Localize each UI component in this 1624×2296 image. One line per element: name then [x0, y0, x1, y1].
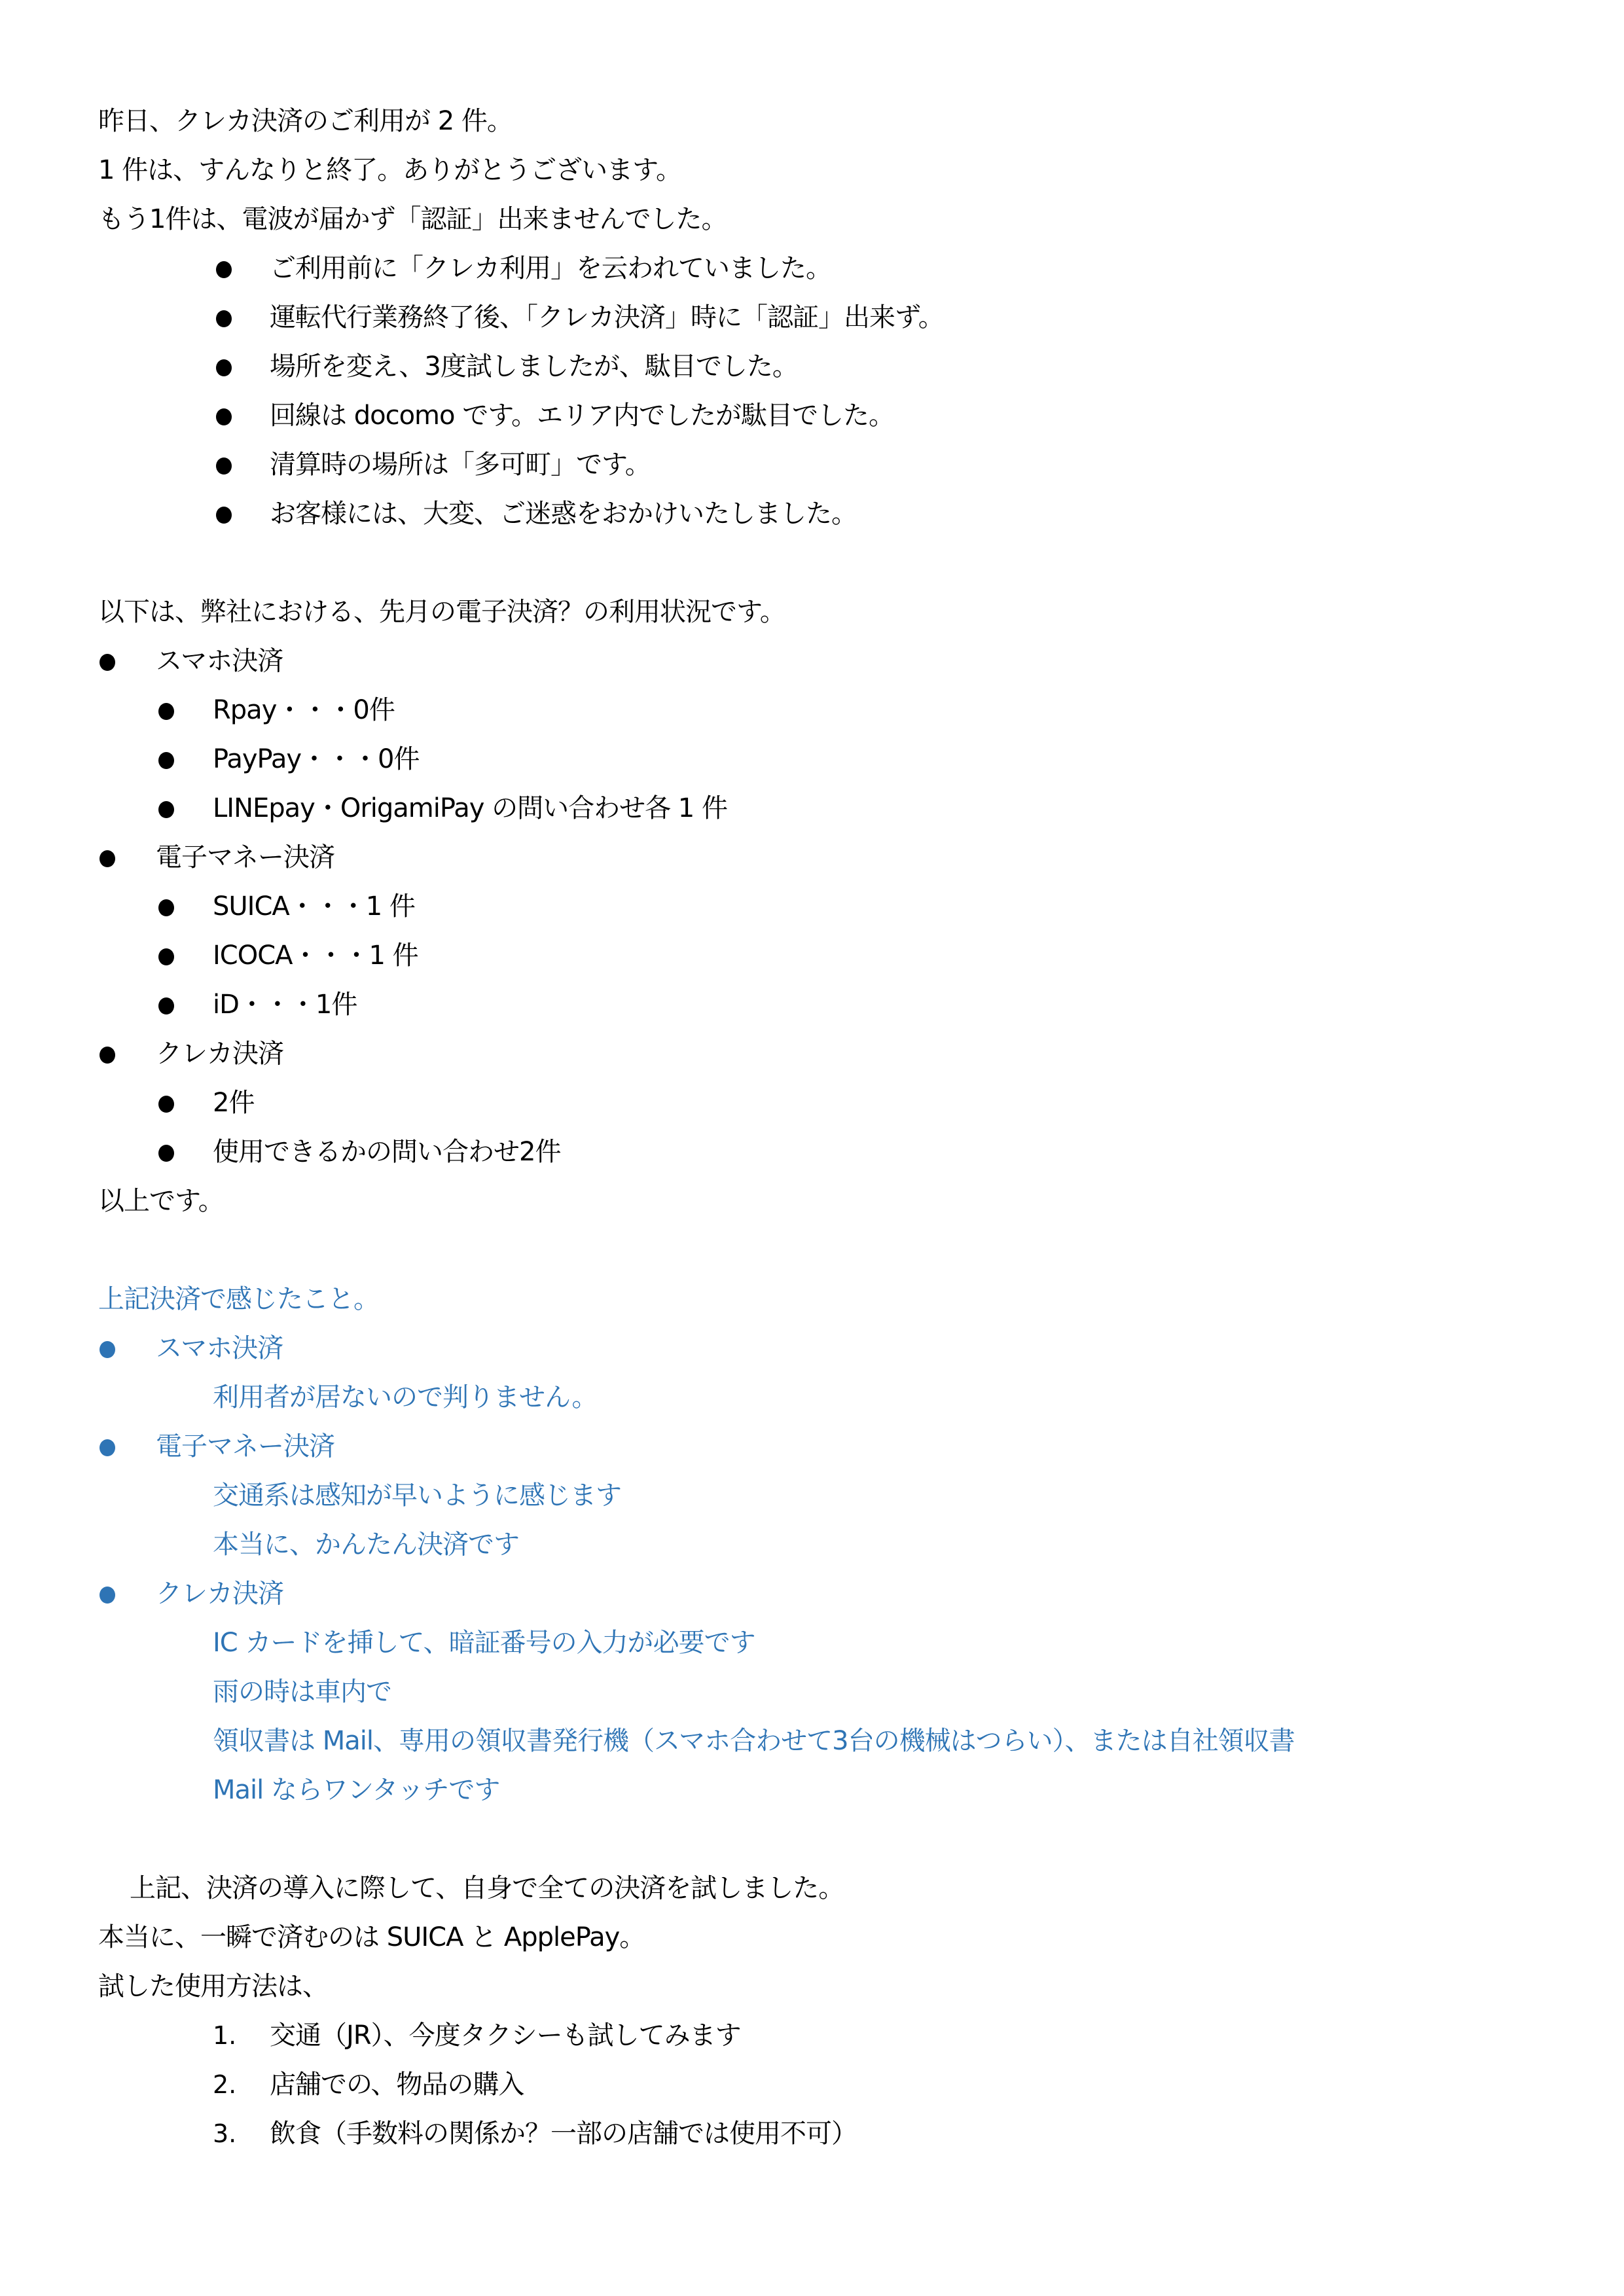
bullet-icon — [216, 310, 232, 327]
detail-item: ご利用前に「クレカ利用」を云われていました。 — [270, 252, 831, 285]
trial-line: 試した使用方法は、 — [98, 1970, 328, 2003]
detail-item: お客様には、大変、ご迷惑をおかけいたしました。 — [270, 497, 857, 530]
bullet-icon — [99, 654, 115, 671]
usage-item: PayPay・・・0件 — [213, 743, 419, 776]
usage-heading: 以下は、弊社における、先月の電子決済？の利用状況です。 — [98, 596, 785, 628]
impression-note: 領収書は Mail、専用の領収書発行機（スマホ合わせて3台の機械はつらい）、また… — [213, 1725, 1295, 1757]
bullet-icon — [99, 1047, 115, 1064]
bullet-icon — [216, 359, 232, 376]
method-item: 飲食（手数料の関係か？一部の店舗では使用不可） — [270, 2117, 857, 2150]
intro-line: 昨日、クレカ決済のご利用が 2 件。 — [98, 105, 513, 137]
usage-closing: 以上です。 — [98, 1185, 224, 1217]
list-number: 1. — [213, 2019, 236, 2052]
bullet-icon — [99, 1341, 115, 1358]
detail-item: 運転代行業務終了後、「クレカ決済」時に「認証」出来ず。 — [270, 301, 944, 334]
impression-category: クレカ決済 — [156, 1577, 283, 1610]
document-page: 昨日、クレカ決済のご利用が 2 件。 1 件は、すんなりと終了。ありがとうござい… — [0, 0, 1624, 2296]
impression-note: 交通系は感知が早いように感じます — [213, 1479, 621, 1512]
bullet-icon — [216, 507, 232, 524]
bullet-icon — [158, 899, 174, 916]
impression-category: スマホ決済 — [156, 1332, 283, 1365]
impression-note: 本当に、かんたん決済です — [213, 1528, 519, 1561]
list-number: 2. — [213, 2068, 236, 2101]
usage-item: Rpay・・・0件 — [213, 694, 395, 726]
bullet-icon — [158, 703, 174, 720]
bullet-icon — [216, 457, 232, 475]
intro-line: 1 件は、すんなりと終了。ありがとうございます。 — [98, 154, 681, 187]
usage-item: iD・・・1件 — [213, 988, 357, 1021]
bullet-icon — [99, 850, 115, 867]
intro-line: もう1件は、電波が届かず「認証」出来ませんでした。 — [98, 203, 727, 236]
list-number: 3. — [213, 2117, 236, 2150]
bullet-icon — [158, 948, 174, 965]
usage-item: 使用できるかの問い合わせ2件 — [213, 1136, 560, 1168]
trial-line: 本当に、一瞬で済むのは SUICA と ApplePay。 — [98, 1921, 645, 1954]
bullet-icon — [158, 997, 174, 1014]
usage-item: SUICA・・・1 件 — [213, 890, 415, 923]
usage-category: 電子マネー決済 — [156, 841, 334, 874]
impression-note: IC カードを挿して、暗証番号の入力が必要です — [213, 1626, 755, 1659]
impression-note: 雨の時は車内で — [213, 1676, 391, 1708]
usage-category: スマホ決済 — [156, 645, 283, 677]
bullet-icon — [216, 408, 232, 425]
usage-item: LINEpay・OrigamiPay の問い合わせ各 1 件 — [213, 792, 727, 825]
detail-item: 場所を変え、3度試しましたが、駄目でした。 — [270, 350, 798, 383]
trial-line: 上記、決済の導入に際して、自身で全ての決済を試しました。 — [130, 1872, 844, 1905]
usage-item: ICOCA・・・1 件 — [213, 939, 418, 972]
impressions-heading: 上記決済で感じたこと。 — [98, 1283, 379, 1316]
usage-category: クレカ決済 — [156, 1037, 283, 1070]
impression-note: Mail ならワンタッチです — [213, 1774, 499, 1806]
bullet-icon — [158, 801, 174, 818]
bullet-icon — [158, 1096, 174, 1113]
detail-item: 回線は docomo です。エリア内でしたが駄目でした。 — [270, 399, 894, 432]
method-item: 交通（JR）、今度タクシーも試してみます — [270, 2019, 741, 2052]
bullet-icon — [99, 1587, 115, 1604]
bullet-icon — [99, 1439, 115, 1456]
bullet-icon — [158, 1145, 174, 1162]
bullet-icon — [216, 261, 232, 278]
impression-category: 電子マネー決済 — [156, 1430, 334, 1463]
bullet-icon — [158, 752, 174, 769]
method-item: 店舗での、物品の購入 — [270, 2068, 524, 2101]
detail-item: 清算時の場所は「多可町」です。 — [270, 448, 651, 481]
usage-item: 2件 — [213, 1086, 254, 1119]
impression-note: 利用者が居ないので判りません。 — [213, 1381, 597, 1414]
